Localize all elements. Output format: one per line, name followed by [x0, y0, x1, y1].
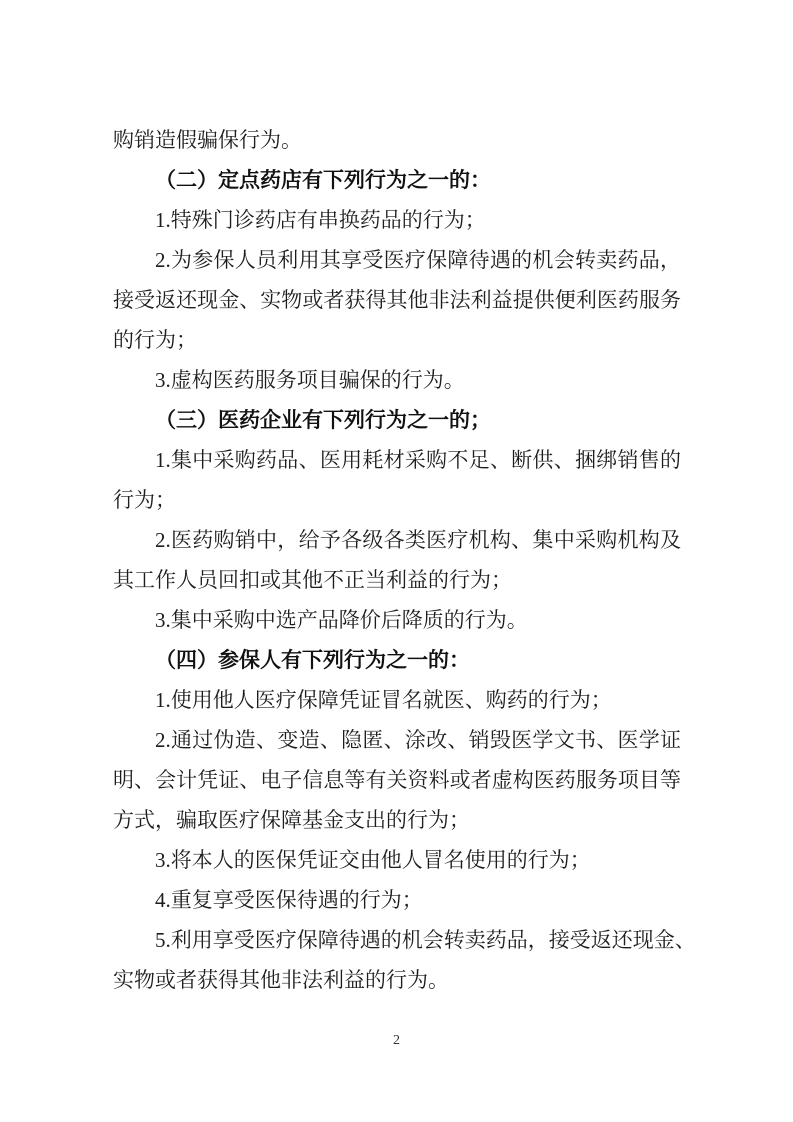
text-line: 购销造假骗保行为。: [113, 120, 681, 160]
list-item: 2.为参保人员利用其享受医疗保障待遇的机会转卖药品，: [113, 240, 681, 280]
document-page: 购销造假骗保行为。 （二）定点药店有下列行为之一的： 1.特殊门诊药店有串换药品…: [0, 0, 793, 1122]
text-line: 的行为；: [113, 320, 681, 360]
section-heading-2: （二）定点药店有下列行为之一的：: [113, 160, 681, 200]
section-heading-4: （四）参保人有下列行为之一的：: [113, 640, 681, 680]
list-item: 3.虚构医药服务项目骗保的行为。: [113, 360, 681, 400]
text-line: 实物或者获得其他非法利益的行为。: [113, 960, 681, 1000]
document-body: 购销造假骗保行为。 （二）定点药店有下列行为之一的： 1.特殊门诊药店有串换药品…: [113, 120, 681, 1000]
text-line: 方式，骗取医疗保障基金支出的行为；: [113, 800, 681, 840]
list-item: 3.将本人的医保凭证交由他人冒名使用的行为；: [113, 840, 681, 880]
page-number: 2: [0, 1030, 793, 1052]
list-item: 2.通过伪造、变造、隐匿、涂改、销毁医学文书、医学证: [113, 720, 681, 760]
text-line: 明、会计凭证、电子信息等有关资料或者虚构医药服务项目等: [113, 760, 681, 800]
list-item: 4.重复享受医保待遇的行为；: [113, 880, 681, 920]
list-item: 1.特殊门诊药店有串换药品的行为；: [113, 200, 681, 240]
text-line: 其工作人员回扣或其他不正当利益的行为；: [113, 560, 681, 600]
list-item: 5.利用享受医疗保障待遇的机会转卖药品，接受返还现金、: [113, 920, 681, 960]
list-item: 3.集中采购中选产品降价后降质的行为。: [113, 600, 681, 640]
text-line: 行为；: [113, 480, 681, 520]
list-item: 1.集中采购药品、医用耗材采购不足、断供、捆绑销售的: [113, 440, 681, 480]
text-line: 接受返还现金、实物或者获得其他非法利益提供便利医药服务: [113, 280, 681, 320]
section-heading-3: （三）医药企业有下列行为之一的；: [113, 400, 681, 440]
list-item: 1.使用他人医疗保障凭证冒名就医、购药的行为；: [113, 680, 681, 720]
list-item: 2.医药购销中，给予各级各类医疗机构、集中采购机构及: [113, 520, 681, 560]
